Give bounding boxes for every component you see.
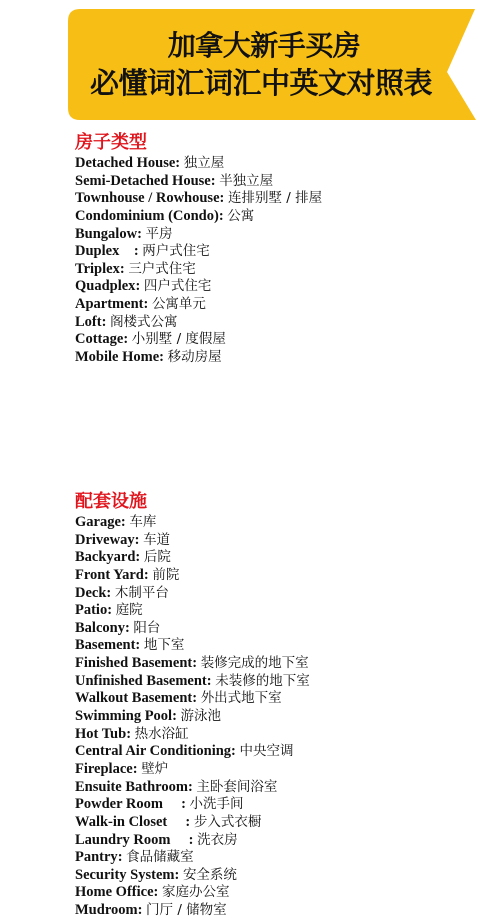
term-row: Mobile Home: 移动房屋	[75, 349, 322, 367]
term-list: Detached House: 独立屋 Semi-Detached House:…	[75, 155, 322, 367]
term-row: Semi-Detached House: 半独立屋	[75, 173, 322, 191]
term-row: Driveway: 车道	[75, 532, 310, 550]
term-chinese: 木制平台	[115, 585, 169, 601]
term-chinese: 门厅 / 储物室	[146, 902, 227, 918]
term-chinese: 阁楼式公寓	[110, 314, 178, 330]
term-english: Mudroom	[75, 902, 138, 918]
term-separator: :	[138, 902, 146, 918]
term-separator: :	[220, 190, 228, 206]
title-banner: 加拿大新手买房 必懂词汇词汇中英文对照表	[68, 9, 476, 120]
term-row: Triplex: 三户式住宅	[75, 261, 322, 279]
term-english: Powder Room	[75, 796, 163, 812]
term-english: Driveway	[75, 532, 135, 548]
term-english: Bungalow	[75, 226, 137, 242]
banner-title: 加拿大新手买房 必懂词汇词汇中英文对照表	[68, 9, 448, 120]
term-english: Pantry	[75, 849, 118, 865]
term-separator: :	[123, 331, 131, 347]
term-row: Townhouse / Rowhouse: 连排别墅 / 排屋	[75, 190, 322, 208]
term-separator: :	[102, 314, 110, 330]
term-english: Apartment	[75, 296, 143, 312]
term-row: Hot Tub: 热水浴缸	[75, 726, 310, 744]
term-separator: :	[135, 532, 143, 548]
term-row: Cottage: 小别墅 / 度假屋	[75, 331, 322, 349]
term-english: Security System	[75, 867, 174, 883]
term-english: Mobile Home	[75, 349, 159, 365]
term-row: Balcony: 阳台	[75, 620, 310, 638]
term-english: Front Yard	[75, 567, 144, 583]
term-chinese: 小别墅 / 度假屋	[132, 331, 226, 347]
term-english: Ensuite Bathroom	[75, 779, 188, 795]
term-chinese: 两户式住宅	[142, 243, 210, 259]
term-chinese: 未装修的地下室	[215, 673, 310, 689]
term-separator: :	[133, 761, 141, 777]
banner-title-line-1: 加拿大新手买房	[168, 27, 361, 64]
term-separator: :	[126, 726, 134, 742]
term-separator: :	[106, 585, 114, 601]
term-separator: :	[192, 690, 200, 706]
term-chinese: 地下室	[144, 637, 185, 653]
term-english: Patio	[75, 602, 107, 618]
term-list: Garage: 车库 Driveway: 车道 Backyard: 后院 Fro…	[75, 514, 310, 920]
term-separator: :	[118, 849, 126, 865]
term-row: Mudroom: 门厅 / 储物室	[75, 902, 310, 920]
term-chinese: 游泳池	[181, 708, 222, 724]
term-row: Quadplex: 四户式住宅	[75, 278, 322, 296]
term-row: Apartment: 公寓单元	[75, 296, 322, 314]
term-separator: :	[174, 867, 182, 883]
section-heading: 配套设施	[75, 490, 310, 514]
vocabulary-sheet: 加拿大新手买房 必懂词汇词汇中英文对照表 房子类型 Detached House…	[0, 0, 500, 924]
term-chinese: 壁炉	[141, 761, 168, 777]
term-english: Finished Basement	[75, 655, 192, 671]
term-separator: :	[159, 349, 167, 365]
term-english: Balcony	[75, 620, 125, 636]
term-english: Hot Tub	[75, 726, 126, 742]
term-english: Walk-in Closet	[75, 814, 167, 830]
term-row: Patio: 庭院	[75, 602, 310, 620]
term-english: Townhouse / Rowhouse	[75, 190, 220, 206]
term-english: Semi-Detached House	[75, 173, 211, 189]
term-chinese: 阳台	[133, 620, 160, 636]
term-row: Walk-in Closet : 步入式衣橱	[75, 814, 310, 832]
term-separator: :	[135, 637, 143, 653]
banner-title-line-2: 必懂词汇词汇中英文对照表	[90, 64, 432, 102]
term-separator: :	[172, 708, 180, 724]
term-english: Walkout Basement	[75, 690, 192, 706]
term-chinese: 前院	[152, 567, 179, 583]
term-separator: :	[170, 832, 197, 848]
term-chinese: 连排别墅 / 排屋	[228, 190, 322, 206]
term-english: Garage	[75, 514, 121, 530]
term-row: Security System: 安全系统	[75, 867, 310, 885]
term-separator: :	[143, 296, 151, 312]
term-english: Triplex	[75, 261, 120, 277]
term-separator: :	[119, 243, 142, 259]
term-row: Loft: 阁楼式公寓	[75, 314, 322, 332]
term-separator: :	[135, 549, 143, 565]
term-english: Backyard	[75, 549, 135, 565]
term-row: Condominium (Condo): 公寓	[75, 208, 322, 226]
term-row: Powder Room : 小洗手间	[75, 796, 310, 814]
term-row: Laundry Room : 洗衣房	[75, 832, 310, 850]
term-row: Home Office: 家庭办公室	[75, 884, 310, 902]
section-house-types: 房子类型 Detached House: 独立屋 Semi-Detached H…	[75, 131, 322, 367]
term-chinese: 装修完成的地下室	[201, 655, 309, 671]
term-row: Swimming Pool: 游泳池	[75, 708, 310, 726]
term-english: Loft	[75, 314, 102, 330]
term-chinese: 庭院	[116, 602, 143, 618]
term-row: Central Air Conditioning: 中央空调	[75, 743, 310, 761]
term-chinese: 车道	[143, 532, 170, 548]
section-facilities: 配套设施 Garage: 车库 Driveway: 车道 Backyard: 后…	[75, 490, 310, 920]
term-english: Swimming Pool	[75, 708, 172, 724]
term-english: Unfinished Basement	[75, 673, 207, 689]
term-chinese: 车库	[129, 514, 156, 530]
term-english: Condominium (Condo)	[75, 208, 219, 224]
term-english: Home Office	[75, 884, 154, 900]
term-chinese: 公寓单元	[152, 296, 206, 312]
term-row: Bungalow: 平房	[75, 226, 322, 244]
term-separator: :	[137, 226, 145, 242]
term-separator: :	[135, 278, 143, 294]
term-separator: :	[211, 173, 219, 189]
term-english: Deck	[75, 585, 106, 601]
term-chinese: 半独立屋	[219, 173, 273, 189]
term-separator: :	[163, 796, 190, 812]
term-separator: :	[175, 155, 183, 171]
term-chinese: 独立屋	[184, 155, 225, 171]
term-row: Unfinished Basement: 未装修的地下室	[75, 673, 310, 691]
term-chinese: 步入式衣橱	[194, 814, 262, 830]
term-row: Garage: 车库	[75, 514, 310, 532]
term-separator: :	[154, 884, 162, 900]
term-separator: :	[231, 743, 239, 759]
section-heading: 房子类型	[75, 131, 322, 155]
term-row: Backyard: 后院	[75, 549, 310, 567]
term-english: Fireplace	[75, 761, 133, 777]
term-english: Quadplex	[75, 278, 135, 294]
term-english: Duplex	[75, 243, 119, 259]
term-chinese: 四户式住宅	[144, 278, 212, 294]
term-chinese: 外出式地下室	[201, 690, 282, 706]
term-chinese: 三户式住宅	[128, 261, 196, 277]
term-english: Laundry Room	[75, 832, 170, 848]
term-chinese: 公寓	[227, 208, 254, 224]
term-english: Central Air Conditioning	[75, 743, 231, 759]
term-separator: :	[207, 673, 215, 689]
term-row: Front Yard: 前院	[75, 567, 310, 585]
term-chinese: 平房	[146, 226, 173, 242]
term-english: Cottage	[75, 331, 123, 347]
term-chinese: 洗衣房	[197, 832, 238, 848]
term-chinese: 后院	[144, 549, 171, 565]
term-row: Pantry: 食品储藏室	[75, 849, 310, 867]
term-english: Detached House	[75, 155, 175, 171]
term-separator: :	[107, 602, 115, 618]
term-chinese: 食品储藏室	[126, 849, 194, 865]
term-chinese: 家庭办公室	[162, 884, 230, 900]
term-row: Walkout Basement: 外出式地下室	[75, 690, 310, 708]
term-chinese: 安全系统	[183, 867, 237, 883]
term-chinese: 热水浴缸	[135, 726, 189, 742]
term-chinese: 中央空调	[240, 743, 294, 759]
term-english: Basement	[75, 637, 135, 653]
term-row: Ensuite Bathroom: 主卧套间浴室	[75, 779, 310, 797]
term-row: Detached House: 独立屋	[75, 155, 322, 173]
term-separator: :	[192, 655, 200, 671]
term-row: Duplex : 两户式住宅	[75, 243, 322, 261]
term-row: Deck: 木制平台	[75, 585, 310, 603]
term-row: Basement: 地下室	[75, 637, 310, 655]
term-separator: :	[167, 814, 194, 830]
term-chinese: 小洗手间	[190, 796, 244, 812]
term-row: Fireplace: 壁炉	[75, 761, 310, 779]
term-chinese: 移动房屋	[168, 349, 222, 365]
term-row: Finished Basement: 装修完成的地下室	[75, 655, 310, 673]
term-chinese: 主卧套间浴室	[196, 779, 277, 795]
